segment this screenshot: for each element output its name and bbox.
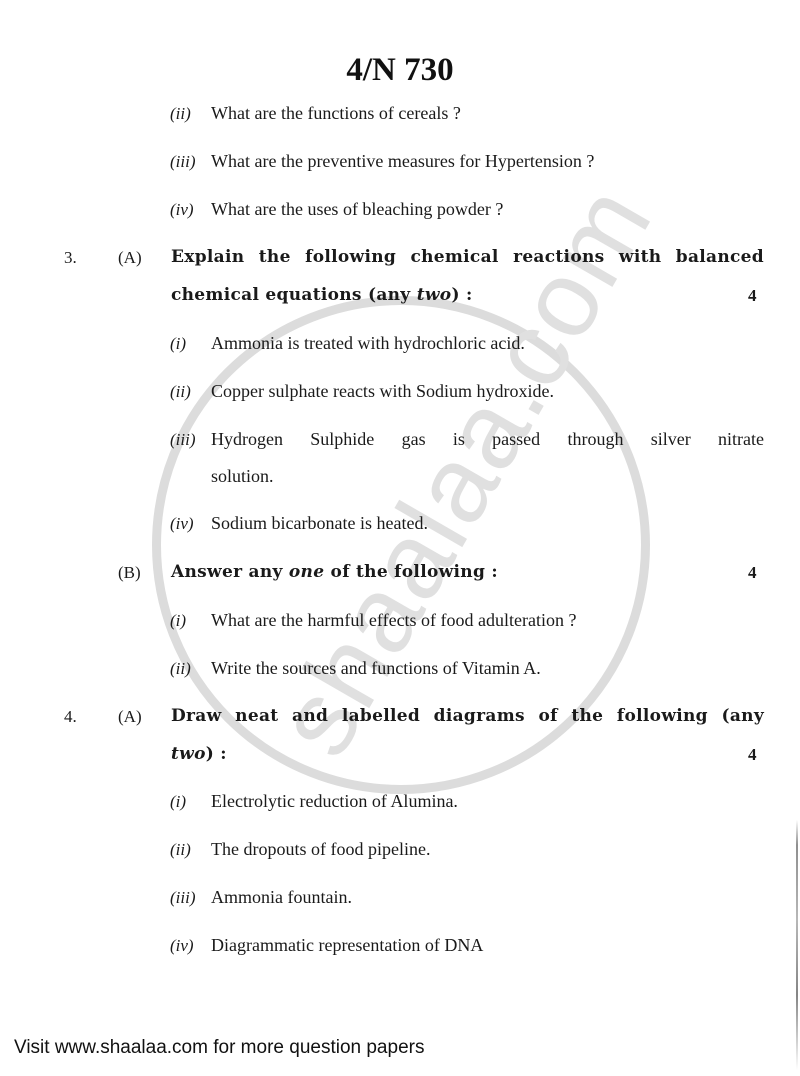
marks: 4: [748, 286, 757, 306]
question-paper-page: shaalaa.com 4/N 730 (ii) What are the fu…: [0, 0, 800, 1076]
instruction-text: chemical equations (any: [171, 285, 417, 305]
item-label: (ii): [170, 104, 191, 124]
q3a-instruction-line2: chemical equations (any two) :: [171, 285, 473, 305]
item-text: Sodium bicarbonate is heated.: [211, 513, 428, 534]
item-label: (ii): [170, 382, 191, 402]
item-label: (iv): [170, 514, 194, 534]
item-label: (iv): [170, 200, 194, 220]
item-label: (i): [170, 611, 186, 631]
paper-code: 4/N 730: [0, 52, 800, 89]
item-label: (iv): [170, 936, 194, 956]
item-text: What are the uses of bleaching powder ?: [211, 199, 503, 220]
item-label: (i): [170, 792, 186, 812]
item-text-continued: solution.: [211, 466, 274, 487]
marks: 4: [748, 745, 757, 765]
footer-link-text: Visit www.shaalaa.com for more question …: [14, 1037, 424, 1059]
item-label: (ii): [170, 659, 191, 679]
q4a-instruction-line1: Draw neat and labelled diagrams of the f…: [171, 706, 764, 726]
part-label: (B): [118, 563, 141, 583]
scan-edge-artifact: [796, 820, 798, 1070]
instruction-emphasis: one: [289, 562, 324, 582]
q4a-instruction-line2: two) :: [171, 744, 227, 764]
item-text: The dropouts of food pipeline.: [211, 839, 430, 860]
item-label: (iii): [170, 888, 196, 908]
item-text: Diagrammatic representation of DNA: [211, 935, 483, 956]
question-number: 3.: [64, 248, 77, 268]
question-number: 4.: [64, 707, 77, 727]
instruction-text: ) :: [206, 744, 227, 764]
instruction-emphasis: two: [417, 285, 452, 305]
instruction-text: ) :: [451, 285, 472, 305]
q3a-instruction-line1: Explain the following chemical reactions…: [171, 247, 764, 267]
item-text: Hydrogen Sulphide gas is passed through …: [211, 429, 764, 450]
part-label: (A): [118, 707, 142, 727]
item-text: What are the preventive measures for Hyp…: [211, 151, 594, 172]
instruction-text: of the following :: [324, 562, 498, 582]
instruction-emphasis: two: [171, 744, 206, 764]
item-text: What are the harmful effects of food adu…: [211, 610, 577, 631]
q3b-instruction: Answer any one of the following :: [171, 562, 498, 582]
item-text: Electrolytic reduction of Alumina.: [211, 791, 458, 812]
item-text: Ammonia is treated with hydrochloric aci…: [211, 333, 525, 354]
item-label: (ii): [170, 840, 191, 860]
item-text: Copper sulphate reacts with Sodium hydro…: [211, 381, 554, 402]
item-label: (iii): [170, 430, 196, 450]
item-label: (iii): [170, 152, 196, 172]
item-text: Write the sources and functions of Vitam…: [211, 658, 541, 679]
marks: 4: [748, 563, 757, 583]
item-text: Ammonia fountain.: [211, 887, 352, 908]
item-label: (i): [170, 334, 186, 354]
part-label: (A): [118, 248, 142, 268]
item-text: What are the functions of cereals ?: [211, 103, 461, 124]
instruction-text: Answer any: [171, 562, 289, 582]
